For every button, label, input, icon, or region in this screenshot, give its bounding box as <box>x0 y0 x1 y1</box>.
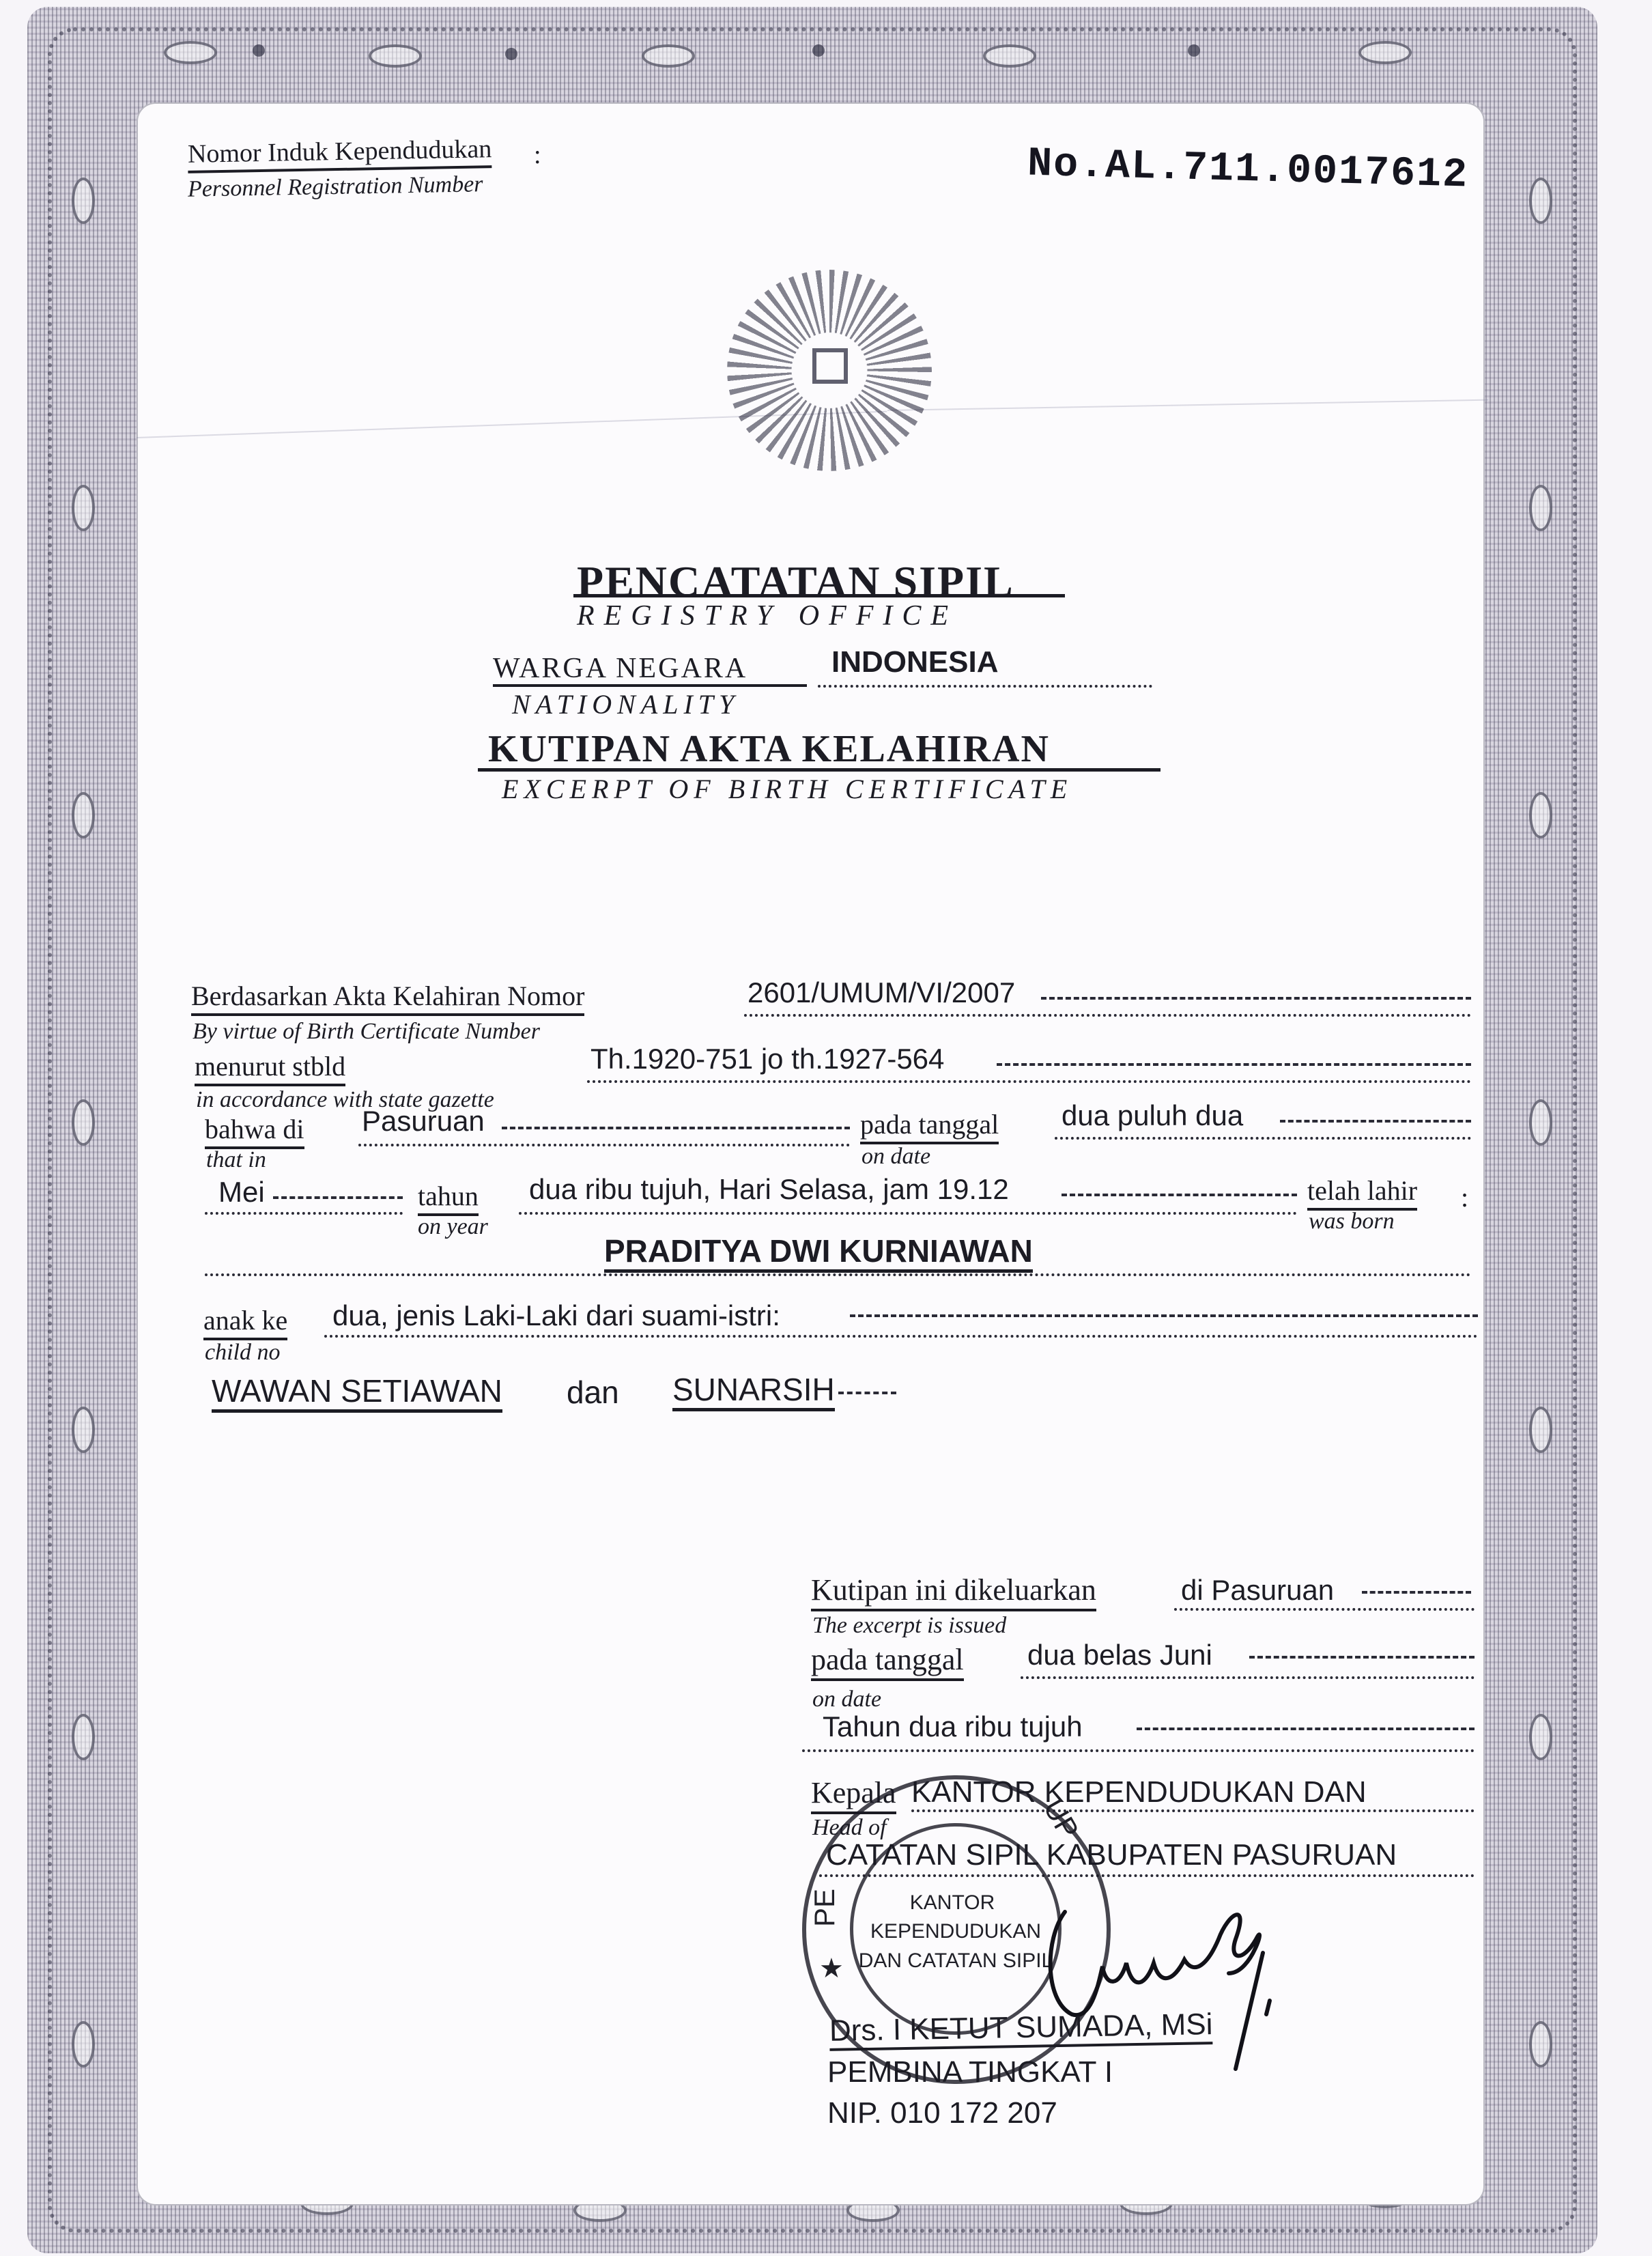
birth-date-fill <box>1280 1120 1471 1123</box>
parents-conjunction: dan <box>567 1374 619 1411</box>
emblem-shield-icon <box>812 348 848 384</box>
issue-date-label: pada tanggal <box>811 1642 964 1681</box>
signatory-name: Drs. I KETUT SUMADA, MSi <box>829 2007 1213 2051</box>
stamp-ring-text: PE <box>808 1889 841 1927</box>
border-ornament-icon <box>1529 2021 1552 2068</box>
issue-year-fill <box>1137 1728 1475 1730</box>
birthplace-label-en: that in <box>206 1147 266 1173</box>
issued-label: Kutipan ini dikeluarkan <box>811 1573 1096 1611</box>
border-ornament-icon <box>164 41 217 64</box>
title-rule <box>573 594 1065 597</box>
was-born-label-en: was born <box>1309 1209 1395 1235</box>
birth-month-fill <box>273 1196 403 1199</box>
birth-year-fill <box>1062 1194 1297 1196</box>
certificate-number-label-en: By virtue of Birth Certificate Number <box>193 1019 540 1045</box>
certificate-number-dotline <box>744 1014 1471 1017</box>
issue-date-label-en: on date <box>812 1687 881 1712</box>
mother-name-fill <box>838 1392 896 1394</box>
birth-year-label-en: on year <box>418 1214 488 1240</box>
border-ornament-icon <box>1529 1407 1552 1453</box>
certificate-number-fill <box>1041 997 1471 1000</box>
border-ornament-icon <box>505 48 517 60</box>
state-gazette-label: menurut stbld <box>195 1050 345 1086</box>
border-ornament-icon <box>72 485 95 531</box>
certificate-number-label: Berdasarkan Akta Kelahiran Nomor <box>191 980 584 1016</box>
border-ornament-icon <box>1358 41 1412 64</box>
signatory-rank: PEMBINA TINGKAT I <box>827 2055 1113 2089</box>
birth-year-value: dua ribu tujuh, Hari Selasa, jam 19.12 <box>529 1173 1009 1206</box>
border-ornament-icon <box>72 178 95 224</box>
issued-place-fill <box>1362 1591 1471 1594</box>
border-ornament-icon <box>72 792 95 838</box>
nationality-label: WARGA NEGARA <box>493 652 747 685</box>
border-ornament-icon <box>72 1099 95 1146</box>
stamp-line1: KANTOR <box>905 1891 1000 1915</box>
birthplace-value: Pasuruan <box>362 1105 485 1138</box>
issued-place-value: di Pasuruan <box>1181 1574 1334 1607</box>
border-ornament-icon <box>1529 792 1552 838</box>
state-gazette-dotline <box>587 1080 1471 1083</box>
border-ornament-icon <box>642 44 695 68</box>
child-order-label: anak ke <box>203 1304 287 1340</box>
birth-month-dotline <box>205 1212 403 1215</box>
signatory-nip: NIP. 010 172 207 <box>827 2096 1057 2130</box>
child-order-value: dua, jenis Laki-Laki dari suami-istri: <box>332 1299 780 1332</box>
border-ornament-icon <box>1529 485 1552 531</box>
stamp-line2: KEPENDUDUKAN <box>864 1920 1048 1943</box>
nik-label: Nomor Induk Kependudukan <box>188 134 492 173</box>
document-title-en: EXCERPT OF BIRTH CERTIFICATE <box>502 773 1072 805</box>
certificate-number-value: 2601/UMUM/VI/2007 <box>747 976 1015 1009</box>
child-name-dotline <box>205 1273 1471 1276</box>
issued-place-dotline <box>1174 1608 1475 1611</box>
child-name: PRADITYA DWI KURNIAWAN <box>604 1232 1033 1273</box>
father-name: WAWAN SETIAWAN <box>212 1372 502 1413</box>
border-ornament-icon <box>983 44 1036 68</box>
document-title: KUTIPAN AKTA KELAHIRAN <box>488 727 1050 771</box>
birth-year-dotline <box>519 1212 1297 1215</box>
birthplace-dotline <box>358 1144 850 1146</box>
was-born-colon: : <box>1461 1181 1468 1213</box>
issue-date-value: dua belas Juni <box>1027 1639 1212 1672</box>
border-ornament-icon <box>369 44 422 68</box>
border-ornament-icon <box>1529 1714 1552 1760</box>
nationality-dotline <box>818 685 1152 688</box>
border-ornament-icon <box>72 1714 95 1760</box>
birth-date-label: pada tanggal <box>860 1108 999 1144</box>
office-title-en: REGISTRY OFFICE <box>577 600 958 632</box>
birth-year-label: tahun <box>418 1180 479 1216</box>
mother-name: SUNARSIH <box>672 1371 835 1411</box>
border-ornament-icon <box>812 44 825 57</box>
nationality-value: INDONESIA <box>831 645 998 679</box>
nik-label-en: Personnel Registration Number <box>188 171 483 203</box>
border-ornament-icon <box>1188 44 1200 57</box>
child-order-fill <box>850 1314 1478 1317</box>
document-title-rule <box>478 768 1160 772</box>
state-gazette-value: Th.1920-751 jo th.1927-564 <box>590 1043 944 1075</box>
stamp-star-icon: ★ <box>819 1953 844 1984</box>
nationality-label-en: NATIONALITY <box>512 688 739 720</box>
birthplace-label: bahwa di <box>205 1113 304 1149</box>
border-ornament-icon <box>253 44 265 57</box>
child-order-dotline <box>324 1335 1478 1338</box>
border-ornament-icon <box>72 2021 95 2068</box>
border-ornament-icon <box>72 1407 95 1453</box>
issued-label-en: The excerpt is issued <box>812 1613 1006 1639</box>
birthplace-fill <box>502 1127 850 1129</box>
border-ornament-icon <box>1529 1099 1552 1146</box>
issue-date-fill <box>1249 1656 1475 1659</box>
nationality-rule <box>493 684 807 687</box>
birth-date-dotline <box>1055 1137 1471 1140</box>
child-order-label-en: child no <box>205 1340 280 1366</box>
was-born-label: telah lahir <box>1307 1174 1417 1211</box>
issue-year-value: Tahun dua ribu tujuh <box>823 1710 1083 1743</box>
birth-date-value: dua puluh dua <box>1062 1099 1243 1132</box>
birth-date-label-en: on date <box>861 1144 930 1170</box>
birth-month-value: Mei <box>218 1176 265 1209</box>
issue-date-dotline <box>1021 1676 1475 1679</box>
nik-colon: : <box>534 140 541 170</box>
border-ornament-icon <box>1529 178 1552 224</box>
issue-year-dotline <box>802 1749 1475 1752</box>
state-gazette-fill <box>997 1063 1471 1066</box>
